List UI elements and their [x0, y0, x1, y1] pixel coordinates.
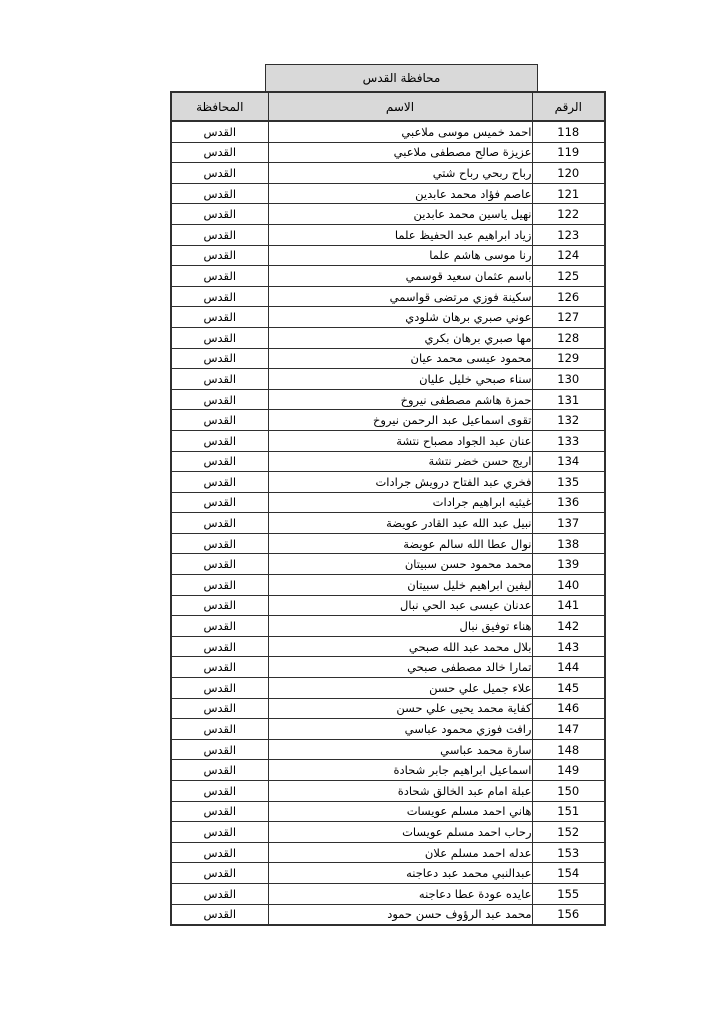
column-header-name: الاسم [268, 92, 532, 121]
row-governorate-cell: القدس [171, 492, 268, 513]
row-number-cell: 137 [532, 513, 605, 534]
row-number-cell: 145 [532, 678, 605, 699]
table-row: 123زياد ابراهيم عبد الحفيظ علماالقدس [171, 224, 605, 245]
row-number-cell: 127 [532, 307, 605, 328]
table-row: 134اريج حسن خضر نتشةالقدس [171, 451, 605, 472]
row-name-cell: باسم عثمان سعيد قوسمي [268, 266, 532, 287]
row-governorate-cell: القدس [171, 760, 268, 781]
row-number-cell: 129 [532, 348, 605, 369]
table-row: 132تقوى اسماعيل عبد الرحمن نيروخالقدس [171, 410, 605, 431]
row-name-cell: اسماعيل ابراهيم جابر شحادة [268, 760, 532, 781]
row-number-cell: 118 [532, 121, 605, 142]
row-name-cell: علاء جميل علي حسن [268, 678, 532, 699]
row-governorate-cell: القدس [171, 121, 268, 142]
table-body: 118احمد خميس موسى ملاعبيالقدس119عزيزة صا… [171, 121, 605, 925]
row-number-cell: 123 [532, 224, 605, 245]
row-name-cell: محمود عيسى محمد عيان [268, 348, 532, 369]
row-number-cell: 143 [532, 636, 605, 657]
table-row: 135فخري عبد الفتاح درويش جراداتالقدس [171, 472, 605, 493]
table-row: 119عزيزة صالح مصطفى ملاعبيالقدس [171, 142, 605, 163]
row-name-cell: نبيل عبد الله عبد القادر عويضة [268, 513, 532, 534]
row-name-cell: بلال محمد عبد الله صبحي [268, 636, 532, 657]
table-row: 128مها صبري برهان بكريالقدس [171, 327, 605, 348]
row-number-cell: 152 [532, 822, 605, 843]
row-governorate-cell: القدس [171, 307, 268, 328]
table-row: 136غيثيه ابراهيم جراداتالقدس [171, 492, 605, 513]
row-governorate-cell: القدس [171, 801, 268, 822]
row-number-cell: 148 [532, 739, 605, 760]
row-number-cell: 124 [532, 245, 605, 266]
row-name-cell: عوني صبري برهان شلودي [268, 307, 532, 328]
row-governorate-cell: القدس [171, 822, 268, 843]
row-name-cell: عدنان عيسى عبد الحي نبال [268, 595, 532, 616]
row-name-cell: تمارا خالد مصطفى صبحي [268, 657, 532, 678]
row-name-cell: عدله احمد مسلم علان [268, 842, 532, 863]
row-name-cell: تقوى اسماعيل عبد الرحمن نيروخ [268, 410, 532, 431]
row-number-cell: 126 [532, 286, 605, 307]
table-row: 144تمارا خالد مصطفى صبحيالقدس [171, 657, 605, 678]
table-row: 138نوال عطا الله سالم عويضةالقدس [171, 533, 605, 554]
row-name-cell: رباح ربحي رباح شتي [268, 163, 532, 184]
row-number-cell: 119 [532, 142, 605, 163]
table-row: 143بلال محمد عبد الله صبحيالقدس [171, 636, 605, 657]
row-name-cell: رنا موسى هاشم علما [268, 245, 532, 266]
row-governorate-cell: القدس [171, 183, 268, 204]
table-row: 155عايده عودة عطا دعاجنهالقدس [171, 883, 605, 904]
column-header-governorate: المحافظة [171, 92, 268, 121]
row-name-cell: زياد ابراهيم عبد الحفيظ علما [268, 224, 532, 245]
row-name-cell: عبدالنبي محمد عبد دعاجنه [268, 863, 532, 884]
row-governorate-cell: القدس [171, 863, 268, 884]
table-row: 149اسماعيل ابراهيم جابر شحادةالقدس [171, 760, 605, 781]
row-name-cell: نهيل ياسين محمد عابدين [268, 204, 532, 225]
row-governorate-cell: القدس [171, 616, 268, 637]
row-governorate-cell: القدس [171, 389, 268, 410]
row-governorate-cell: القدس [171, 204, 268, 225]
row-governorate-cell: القدس [171, 348, 268, 369]
row-governorate-cell: القدس [171, 327, 268, 348]
row-governorate-cell: القدس [171, 739, 268, 760]
row-number-cell: 147 [532, 719, 605, 740]
row-governorate-cell: القدس [171, 657, 268, 678]
row-name-cell: هناء توفيق نبال [268, 616, 532, 637]
table-row: 120رباح ربحي رباح شتيالقدس [171, 163, 605, 184]
row-number-cell: 135 [532, 472, 605, 493]
table-row: 133عنان عبد الجواد مصباح نتشةالقدس [171, 430, 605, 451]
row-name-cell: مها صبري برهان بكري [268, 327, 532, 348]
row-number-cell: 156 [532, 904, 605, 925]
row-governorate-cell: القدس [171, 719, 268, 740]
row-name-cell: عنان عبد الجواد مصباح نتشة [268, 430, 532, 451]
row-number-cell: 144 [532, 657, 605, 678]
row-governorate-cell: القدس [171, 781, 268, 802]
row-governorate-cell: القدس [171, 451, 268, 472]
row-governorate-cell: القدس [171, 163, 268, 184]
row-number-cell: 131 [532, 389, 605, 410]
row-number-cell: 120 [532, 163, 605, 184]
row-number-cell: 125 [532, 266, 605, 287]
row-number-cell: 134 [532, 451, 605, 472]
table-row: 152رحاب احمد مسلم عويساتالقدس [171, 822, 605, 843]
row-number-cell: 151 [532, 801, 605, 822]
row-governorate-cell: القدس [171, 698, 268, 719]
row-governorate-cell: القدس [171, 883, 268, 904]
row-governorate-cell: القدس [171, 678, 268, 699]
table-row: 125باسم عثمان سعيد قوسميالقدس [171, 266, 605, 287]
table-row: 122نهيل ياسين محمد عابدينالقدس [171, 204, 605, 225]
row-number-cell: 138 [532, 533, 605, 554]
row-number-cell: 149 [532, 760, 605, 781]
row-governorate-cell: القدس [171, 224, 268, 245]
table-row: 129محمود عيسى محمد عيانالقدس [171, 348, 605, 369]
table-row: 121عاصم فؤاد محمد عابدينالقدس [171, 183, 605, 204]
row-name-cell: كفاية محمد يحيى علي حسن [268, 698, 532, 719]
row-name-cell: هاني احمد مسلم عويسات [268, 801, 532, 822]
table-row: 139محمد محمود حسن سبيتانالقدس [171, 554, 605, 575]
document-page: محافظة القدس الرقم الاسم المحافظة 118احم… [0, 0, 724, 1024]
table-row: 141عدنان عيسى عبد الحي نبالالقدس [171, 595, 605, 616]
row-governorate-cell: القدس [171, 369, 268, 390]
row-number-cell: 142 [532, 616, 605, 637]
row-name-cell: عبلة امام عبد الخالق شحادة [268, 781, 532, 802]
table-row: 147رافت فوزي محمود عباسيالقدس [171, 719, 605, 740]
row-number-cell: 139 [532, 554, 605, 575]
row-governorate-cell: القدس [171, 533, 268, 554]
row-governorate-cell: القدس [171, 513, 268, 534]
table-row: 142هناء توفيق نبالالقدس [171, 616, 605, 637]
column-header-number: الرقم [532, 92, 605, 121]
names-table: الرقم الاسم المحافظة 118احمد خميس موسى م… [170, 91, 606, 926]
table-row: 127عوني صبري برهان شلوديالقدس [171, 307, 605, 328]
governorate-title-cell: محافظة القدس [265, 64, 538, 92]
row-number-cell: 121 [532, 183, 605, 204]
row-name-cell: اريج حسن خضر نتشة [268, 451, 532, 472]
row-number-cell: 133 [532, 430, 605, 451]
row-number-cell: 132 [532, 410, 605, 431]
row-name-cell: سكينة فوزي مرتضى قواسمي [268, 286, 532, 307]
row-number-cell: 155 [532, 883, 605, 904]
table-row: 124رنا موسى هاشم علماالقدس [171, 245, 605, 266]
row-governorate-cell: القدس [171, 575, 268, 596]
row-name-cell: نوال عطا الله سالم عويضة [268, 533, 532, 554]
table-row: 151هاني احمد مسلم عويساتالقدس [171, 801, 605, 822]
row-name-cell: سناء صبحي خليل عليان [268, 369, 532, 390]
table-row: 131حمزة هاشم مصطفى نيروخالقدس [171, 389, 605, 410]
table-row: 156محمد عبد الرؤوف حسن حمودالقدس [171, 904, 605, 925]
row-number-cell: 146 [532, 698, 605, 719]
row-name-cell: عايده عودة عطا دعاجنه [268, 883, 532, 904]
row-name-cell: محمد محمود حسن سبيتان [268, 554, 532, 575]
row-governorate-cell: القدس [171, 410, 268, 431]
row-number-cell: 154 [532, 863, 605, 884]
row-governorate-cell: القدس [171, 636, 268, 657]
row-name-cell: رافت فوزي محمود عباسي [268, 719, 532, 740]
row-name-cell: رحاب احمد مسلم عويسات [268, 822, 532, 843]
row-number-cell: 150 [532, 781, 605, 802]
table-row: 146كفاية محمد يحيى علي حسنالقدس [171, 698, 605, 719]
table-row: 140ليفين ابراهيم خليل سبيتانالقدس [171, 575, 605, 596]
table-row: 126سكينة فوزي مرتضى قواسميالقدس [171, 286, 605, 307]
row-name-cell: ليفين ابراهيم خليل سبيتان [268, 575, 532, 596]
row-number-cell: 141 [532, 595, 605, 616]
row-name-cell: محمد عبد الرؤوف حسن حمود [268, 904, 532, 925]
table-row: 137نبيل عبد الله عبد القادر عويضةالقدس [171, 513, 605, 534]
row-number-cell: 136 [532, 492, 605, 513]
row-governorate-cell: القدس [171, 595, 268, 616]
row-name-cell: غيثيه ابراهيم جرادات [268, 492, 532, 513]
row-number-cell: 128 [532, 327, 605, 348]
row-number-cell: 122 [532, 204, 605, 225]
table-row: 145علاء جميل علي حسنالقدس [171, 678, 605, 699]
row-name-cell: عاصم فؤاد محمد عابدين [268, 183, 532, 204]
row-name-cell: سارة محمد عباسي [268, 739, 532, 760]
row-governorate-cell: القدس [171, 286, 268, 307]
row-governorate-cell: القدس [171, 472, 268, 493]
row-number-cell: 140 [532, 575, 605, 596]
row-name-cell: حمزة هاشم مصطفى نيروخ [268, 389, 532, 410]
row-governorate-cell: القدس [171, 430, 268, 451]
row-name-cell: فخري عبد الفتاح درويش جرادات [268, 472, 532, 493]
row-governorate-cell: القدس [171, 142, 268, 163]
row-name-cell: عزيزة صالح مصطفى ملاعبي [268, 142, 532, 163]
row-name-cell: احمد خميس موسى ملاعبي [268, 121, 532, 142]
row-governorate-cell: القدس [171, 904, 268, 925]
table-row: 150عبلة امام عبد الخالق شحادةالقدس [171, 781, 605, 802]
row-governorate-cell: القدس [171, 554, 268, 575]
row-number-cell: 153 [532, 842, 605, 863]
table-header-row: الرقم الاسم المحافظة [171, 92, 605, 121]
row-number-cell: 130 [532, 369, 605, 390]
row-governorate-cell: القدس [171, 266, 268, 287]
table-row: 154عبدالنبي محمد عبد دعاجنهالقدس [171, 863, 605, 884]
table-row: 118احمد خميس موسى ملاعبيالقدس [171, 121, 605, 142]
row-governorate-cell: القدس [171, 245, 268, 266]
row-governorate-cell: القدس [171, 842, 268, 863]
table-row: 130سناء صبحي خليل عليانالقدس [171, 369, 605, 390]
table-row: 148سارة محمد عباسيالقدس [171, 739, 605, 760]
table-row: 153عدله احمد مسلم علانالقدس [171, 842, 605, 863]
